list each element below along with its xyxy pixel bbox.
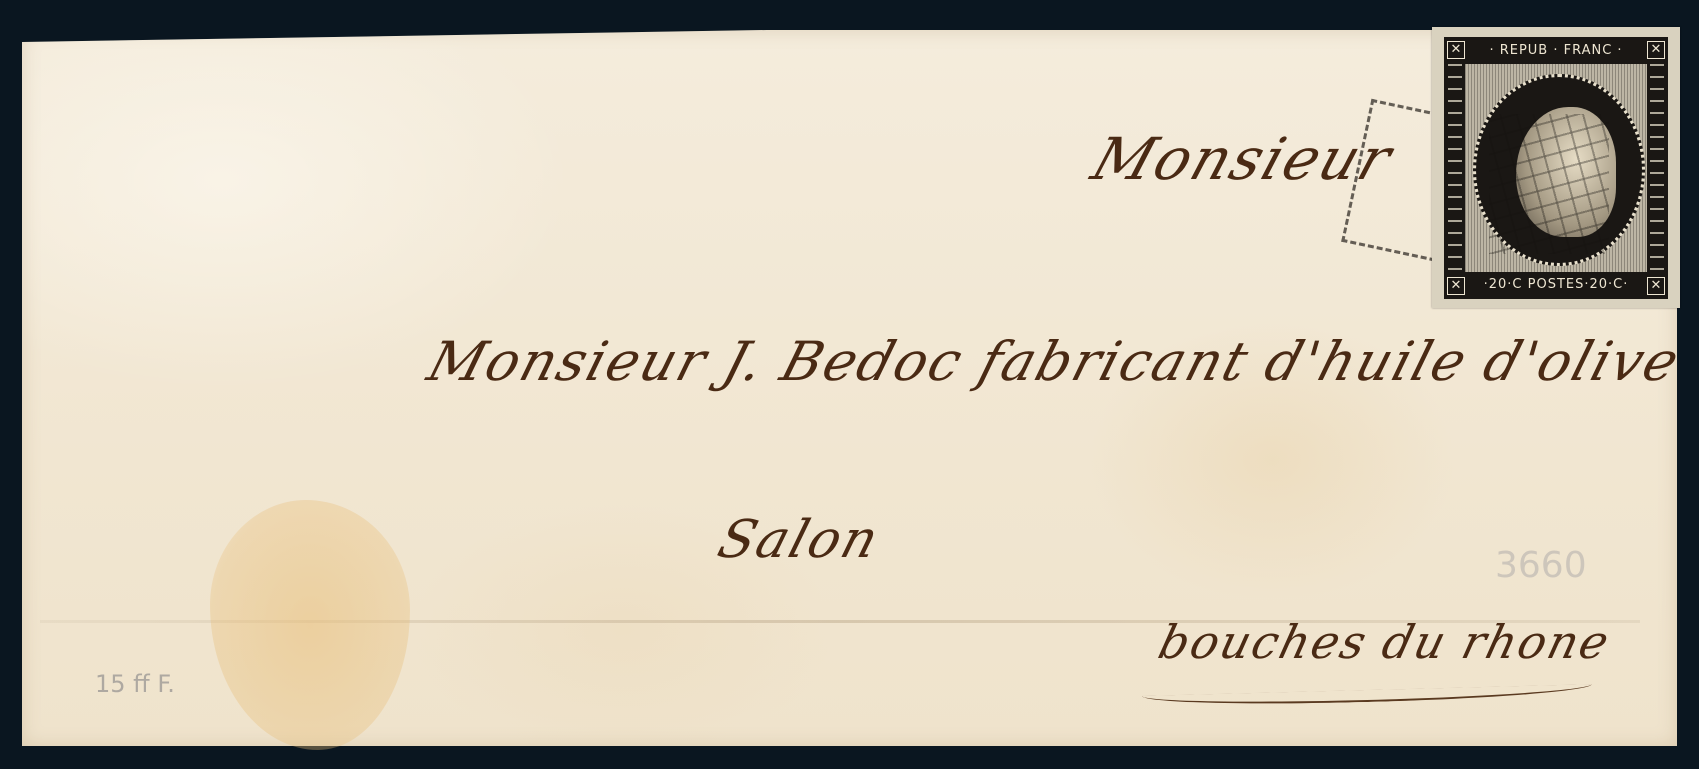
- stamp-greek-key-border: [1448, 64, 1462, 272]
- addressee-line: Monsieur J. Bedoc fabricant d'huile d'ol…: [421, 330, 1688, 393]
- pencil-note-bottom-left: 15 ff F.: [95, 670, 175, 698]
- grid-cancellation: [1489, 114, 1609, 254]
- department-text: bouches du rhone: [1153, 615, 1616, 669]
- stamp-bottom-text: ·20·C POSTES·20·C·: [1467, 275, 1645, 295]
- stamp-engraved-field: [1465, 64, 1647, 272]
- stamp-corner-x-icon: ✕: [1647, 41, 1665, 59]
- pencil-note-right: 3660: [1495, 545, 1587, 586]
- stamp-frame: ✕ ✕ ✕ ✕ · REPUB · FRANC · ·20·C POSTES·2…: [1444, 37, 1668, 299]
- city-text: Salon: [711, 510, 886, 570]
- postage-stamp: ✕ ✕ ✕ ✕ · REPUB · FRANC · ·20·C POSTES·2…: [1432, 27, 1680, 308]
- stamp-corner-x-icon: ✕: [1647, 277, 1665, 295]
- stamp-corner-x-icon: ✕: [1447, 41, 1465, 59]
- salutation-text: Monsieur: [1084, 125, 1401, 193]
- stamp-top-text: · REPUB · FRANC ·: [1467, 41, 1645, 61]
- stamp-corner-x-icon: ✕: [1447, 277, 1465, 295]
- stamp-greek-key-border: [1650, 64, 1664, 272]
